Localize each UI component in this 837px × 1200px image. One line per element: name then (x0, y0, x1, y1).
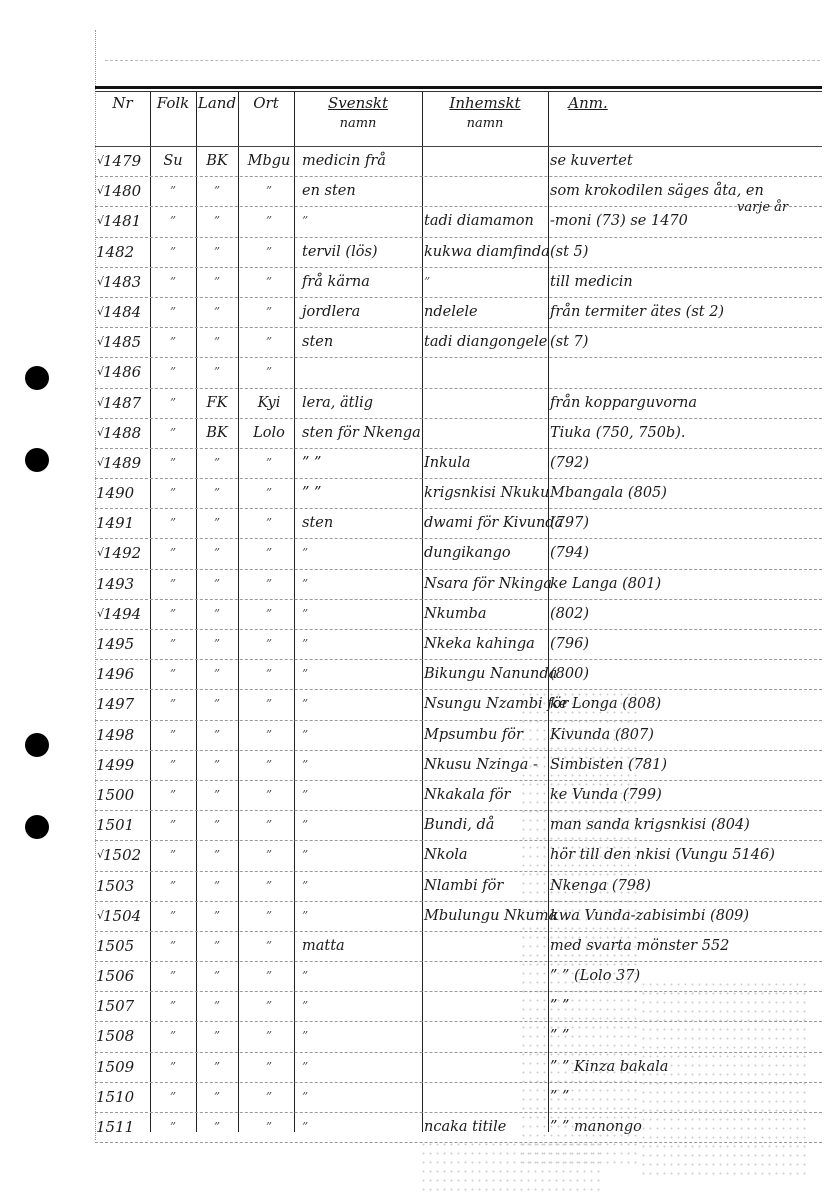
cell-ort: ” (238, 272, 300, 292)
cell-land: ” (196, 906, 238, 926)
cell-anm: från kopparguvorna (550, 393, 697, 413)
cell-ort: ” (238, 936, 300, 956)
cell-folk: Su (150, 151, 196, 171)
cell-anm: se kuvertet (550, 151, 633, 171)
cell-anm: (st 7) (550, 332, 588, 352)
cell-land: ” (196, 483, 238, 503)
cell-ort: ” (238, 785, 300, 805)
cell-folk: ” (150, 755, 196, 775)
cell-svenskt-namn: ” (302, 845, 422, 865)
cell-inhemskt-namn: ” (424, 272, 430, 292)
table-row: √1483 ” ” ” frå kärna ” till medicin (95, 268, 822, 298)
scan-noise (520, 690, 640, 1170)
cell-ort: ” (238, 876, 300, 896)
cell-svenskt-namn: jordlera (302, 302, 422, 322)
binder-hole (25, 366, 49, 390)
cell-land: ” (196, 242, 238, 262)
cell-svenskt-namn: ” (302, 755, 422, 775)
cell-land: ” (196, 362, 238, 382)
cell-inhemskt-namn: Inkula (424, 453, 470, 473)
cell-anm: (797) (550, 513, 589, 533)
cell-land: ” (196, 725, 238, 745)
cell-ort: ” (238, 453, 300, 473)
header-label: Inhemskt (449, 94, 520, 112)
cell-folk: ” (150, 785, 196, 805)
table-row: √1487 ” FK Kyi lera, ätlig från koppargu… (95, 389, 822, 419)
cell-folk: ” (150, 634, 196, 654)
cell-nr: √1502 (97, 845, 149, 865)
cell-ort: ” (238, 725, 300, 745)
cell-folk: ” (150, 725, 196, 745)
cell-inhemskt-namn: ndelele (424, 302, 478, 322)
cell-folk: ” (150, 242, 196, 262)
header-label: Ort (253, 94, 279, 112)
cell-ort: ” (238, 574, 300, 594)
cell-land: ” (196, 453, 238, 473)
cell-inhemskt-namn: krigsnkisi Nkuku (424, 483, 549, 503)
cell-nr: 1491 (97, 513, 149, 533)
cell-folk: ” (150, 453, 196, 473)
column-header-folk: Folk (150, 94, 196, 144)
cell-folk: ” (150, 211, 196, 231)
cell-land: ” (196, 815, 238, 835)
cell-nr: 1482 (97, 242, 149, 262)
cell-inhemskt-namn: Nkumba (424, 604, 487, 624)
cell-svenskt-namn: frå kärna (302, 272, 422, 292)
cell-folk: ” (150, 996, 196, 1016)
cell-inhemskt-namn: Nkola (424, 845, 468, 865)
cell-inhemskt-namn: tadi diamamon (424, 211, 534, 231)
cell-ort: ” (238, 1057, 300, 1077)
cell-land: ” (196, 543, 238, 563)
column-header-anm: Anm. (548, 94, 628, 144)
cell-ort: ” (238, 211, 300, 231)
cell-nr: 1507 (97, 996, 149, 1016)
cell-svenskt-namn: ” (302, 1057, 422, 1077)
cell-land: BK (196, 423, 238, 443)
table-row: √1502 ” ” ” ” Nkola hör till den nkisi (… (95, 841, 822, 871)
annotation-varje-ar: varje år (737, 200, 788, 215)
cell-land: ” (196, 755, 238, 775)
cell-folk: ” (150, 483, 196, 503)
table-row: √1492 ” ” ” ” dungikango (794) (95, 539, 822, 569)
cell-ort: Kyi (238, 393, 300, 413)
cell-svenskt-namn: ” (302, 694, 422, 714)
cell-nr: √1487 (97, 393, 149, 413)
column-header-inhemskt-namn: Inhemskt namn (422, 94, 548, 144)
cell-nr: 1501 (97, 815, 149, 835)
cell-ort: ” (238, 181, 300, 201)
cell-anm: Mbangala (805) (550, 483, 667, 503)
cell-svenskt-namn: ” (302, 996, 422, 1016)
table-row: √1488 ” BK Lolo sten för Nkenga Tiuka (7… (95, 419, 822, 449)
cell-land: ” (196, 876, 238, 896)
header-label: Svenskt (328, 94, 388, 112)
table-row: 1496 ” ” ” ” Bikungu Nanunda (800) (95, 660, 822, 690)
cell-folk: ” (150, 1087, 196, 1107)
cell-land: ” (196, 574, 238, 594)
cell-anm: (st 5) (550, 242, 588, 262)
table-row: √1489 ” ” ” ” ” Inkula (792) (95, 449, 822, 479)
cell-ort: ” (238, 543, 300, 563)
cell-land: ” (196, 1026, 238, 1046)
cell-land: ” (196, 966, 238, 986)
cell-inhemskt-namn: Nsara för Nkinga (424, 574, 552, 594)
cell-nr: √1484 (97, 302, 149, 322)
cell-nr: √1494 (97, 604, 149, 624)
cell-svenskt-namn: ” (302, 604, 422, 624)
cell-svenskt-namn: ” (302, 211, 422, 231)
table-row: √1480 ” ” ” en sten som krokodilen säges… (95, 177, 822, 207)
cell-svenskt-namn: ” (302, 1026, 422, 1046)
cell-svenskt-namn: ” (302, 966, 422, 986)
cell-anm: (802) (550, 604, 589, 624)
cell-folk: ” (150, 906, 196, 926)
cell-folk: ” (150, 1026, 196, 1046)
cell-folk: ” (150, 876, 196, 896)
cell-land: ” (196, 604, 238, 624)
table-row: 1498 ” ” ” ” Mpsumbu för Kivunda (807) (95, 721, 822, 751)
top-dashed-line (105, 60, 820, 61)
cell-land: ” (196, 1117, 238, 1137)
cell-ort: ” (238, 996, 300, 1016)
cell-anm: -moni (73) se 1470 (550, 211, 688, 231)
cell-inhemskt-namn: dwami för Kivunda (424, 513, 563, 533)
cell-inhemskt-namn: ncaka titile (424, 1117, 506, 1137)
cell-folk: ” (150, 181, 196, 201)
cell-nr: √1485 (97, 332, 149, 352)
cell-ort: ” (238, 362, 300, 382)
cell-svenskt-namn: ” (302, 574, 422, 594)
cell-folk: ” (150, 393, 196, 413)
cell-ort: ” (238, 242, 300, 262)
scan-noise (640, 980, 810, 1180)
cell-nr: 1493 (97, 574, 149, 594)
cell-land: ” (196, 664, 238, 684)
cell-ort: ” (238, 634, 300, 654)
cell-svenskt-namn: medicin frå (302, 151, 422, 171)
cell-folk: ” (150, 272, 196, 292)
cell-anm: (794) (550, 543, 589, 563)
cell-svenskt-namn: tervil (lös) (302, 242, 422, 262)
cell-ort: ” (238, 302, 300, 322)
cell-land: ” (196, 211, 238, 231)
cell-ort: ” (238, 604, 300, 624)
table-row: √1479 Su BK Mbgu medicin frå se kuvertet (95, 147, 822, 177)
cell-folk: ” (150, 936, 196, 956)
table-row: √1484 ” ” ” jordlera ndelele från termit… (95, 298, 822, 328)
header-label: Nr (112, 94, 132, 112)
cell-land: FK (196, 393, 238, 413)
cell-nr: 1499 (97, 755, 149, 775)
cell-nr: √1481 (97, 211, 149, 231)
header-label: Anm. (568, 94, 608, 112)
cell-svenskt-namn: ” (302, 785, 422, 805)
cell-inhemskt-namn: kukwa diamfinda (424, 242, 550, 262)
cell-ort: ” (238, 1087, 300, 1107)
cell-svenskt-namn: ” ” (302, 453, 422, 473)
table-row: 1495 ” ” ” ” Nkeka kahinga (796) (95, 630, 822, 660)
cell-land: ” (196, 272, 238, 292)
binder-hole (25, 733, 49, 757)
cell-land: ” (196, 1087, 238, 1107)
cell-folk: ” (150, 845, 196, 865)
cell-anm: till medicin (550, 272, 633, 292)
header-label-line2: namn (294, 116, 422, 131)
binder-hole (25, 448, 49, 472)
table-row: √1485 ” ” ” sten tadi diangongele (st 7) (95, 328, 822, 358)
cell-nr: 1506 (97, 966, 149, 986)
cell-ort: ” (238, 332, 300, 352)
column-header-land: Land (196, 94, 238, 144)
cell-anm: (800) (550, 664, 589, 684)
cell-ort: ” (238, 694, 300, 714)
cell-svenskt-namn: ” (302, 1087, 422, 1107)
cell-inhemskt-namn: Bikungu Nanunda (424, 664, 557, 684)
cell-svenskt-namn: ” (302, 634, 422, 654)
cell-svenskt-namn: matta (302, 936, 422, 956)
cell-folk: ” (150, 513, 196, 533)
cell-land: ” (196, 513, 238, 533)
cell-folk: ” (150, 604, 196, 624)
column-header-nr: Nr (95, 94, 150, 144)
cell-anm: från termiter ätes (st 2) (550, 302, 724, 322)
cell-land: ” (196, 694, 238, 714)
table-row: 1501 ” ” ” ” Bundi, då man sanda krigsnk… (95, 811, 822, 841)
cell-land: ” (196, 936, 238, 956)
cell-nr: √1488 (97, 423, 149, 443)
cell-ort: ” (238, 664, 300, 684)
table-row: √1504 ” ” ” ” Mbulungu Nkuma kwa Vunda-z… (95, 902, 822, 932)
table-row: √1486 ” ” ” (95, 358, 822, 388)
cell-nr: 1503 (97, 876, 149, 896)
cell-ort: ” (238, 815, 300, 835)
cell-svenskt-namn: ” (302, 1117, 422, 1137)
cell-nr: 1510 (97, 1087, 149, 1107)
cell-ort: ” (238, 755, 300, 775)
cell-ort: ” (238, 1117, 300, 1137)
cell-ort: Lolo (238, 423, 300, 443)
cell-land: ” (196, 845, 238, 865)
binder-hole (25, 815, 49, 839)
cell-land: ” (196, 181, 238, 201)
cell-folk: ” (150, 966, 196, 986)
cell-inhemskt-namn: dungikango (424, 543, 511, 563)
cell-folk: ” (150, 1057, 196, 1077)
cell-folk: ” (150, 302, 196, 322)
table-row: 1503 ” ” ” ” Nlambi för Nkenga (798) (95, 872, 822, 902)
cell-inhemskt-namn: Nlambi för (424, 876, 503, 896)
header-label-line2: namn (422, 116, 548, 131)
cell-svenskt-namn: ” ” (302, 483, 422, 503)
cell-nr: 1498 (97, 725, 149, 745)
cell-nr: √1492 (97, 543, 149, 563)
cell-land: ” (196, 302, 238, 322)
table-row: 1493 ” ” ” ” Nsara för Nkinga ke Langa (… (95, 570, 822, 600)
header-label: Folk (157, 94, 190, 112)
cell-anm: (796) (550, 634, 589, 654)
cell-nr: √1504 (97, 906, 149, 926)
cell-svenskt-namn: en sten (302, 181, 422, 201)
cell-land: ” (196, 785, 238, 805)
cell-land: ” (196, 1057, 238, 1077)
table-row: 1497 ” ” ” ” Nsungu Nzambi för ke Longa … (95, 690, 822, 720)
cell-anm: (792) (550, 453, 589, 473)
cell-folk: ” (150, 574, 196, 594)
cell-ort: ” (238, 483, 300, 503)
cell-folk: ” (150, 332, 196, 352)
cell-land: ” (196, 634, 238, 654)
cell-folk: ” (150, 362, 196, 382)
cell-nr: 1505 (97, 936, 149, 956)
cell-ort: ” (238, 966, 300, 986)
cell-ort: ” (238, 906, 300, 926)
cell-svenskt-namn: ” (302, 725, 422, 745)
cell-ort: ” (238, 513, 300, 533)
column-header-ort: Ort (238, 94, 294, 144)
cell-nr: 1511 (97, 1117, 149, 1137)
cell-nr: 1495 (97, 634, 149, 654)
cell-svenskt-namn: ” (302, 543, 422, 563)
cell-folk: ” (150, 1117, 196, 1137)
cell-anm: som krokodilen säges åta, en (550, 181, 764, 201)
cell-ort: ” (238, 845, 300, 865)
cell-svenskt-namn: ” (302, 815, 422, 835)
cell-inhemskt-namn: Nkakala för (424, 785, 510, 805)
table-row: 1482 ” ” ” tervil (lös) kukwa diamfinda … (95, 238, 822, 268)
scan-noise (420, 1140, 600, 1195)
cell-inhemskt-namn: Mpsumbu för (424, 725, 523, 745)
cell-folk: ” (150, 423, 196, 443)
cell-land: ” (196, 332, 238, 352)
cell-nr: 1500 (97, 785, 149, 805)
table-row: 1500 ” ” ” ” Nkakala för ke Vunda (799) (95, 781, 822, 811)
cell-land: ” (196, 996, 238, 1016)
cell-nr: √1479 (97, 151, 149, 171)
cell-folk: ” (150, 664, 196, 684)
header-rule-thin (95, 91, 822, 92)
table-row: 1491 ” ” ” sten dwami för Kivunda (797) (95, 509, 822, 539)
cell-svenskt-namn: ” (302, 664, 422, 684)
cell-svenskt-namn: sten (302, 332, 422, 352)
cell-ort: Mbgu (238, 151, 300, 171)
cell-nr: 1497 (97, 694, 149, 714)
table-row: 1505 ” ” ” matta med svarta mönster 552 (95, 932, 822, 962)
table-row: √1494 ” ” ” ” Nkumba (802) (95, 600, 822, 630)
cell-svenskt-namn: sten (302, 513, 422, 533)
table-row: 1499 ” ” ” ” Nkusu Nzinga - Simbisten (7… (95, 751, 822, 781)
header-rule-thick (95, 86, 822, 89)
column-header-svenskt-namn: Svenskt namn (294, 94, 422, 144)
table-row: 1490 ” ” ” ” ” krigsnkisi Nkuku Mbangala… (95, 479, 822, 509)
cell-land: BK (196, 151, 238, 171)
cell-nr: 1508 (97, 1026, 149, 1046)
header-label: Land (198, 94, 236, 112)
table-row: √1481 ” ” ” ” tadi diamamon -moni (73) s… (95, 207, 822, 237)
cell-anm: ke Langa (801) (550, 574, 661, 594)
cell-folk: ” (150, 543, 196, 563)
cell-nr: √1486 (97, 362, 149, 382)
cell-anm: Tiuka (750, 750b). (550, 423, 685, 443)
cell-svenskt-namn: lera, ätlig (302, 393, 422, 413)
cell-nr: √1480 (97, 181, 149, 201)
cell-inhemskt-namn: Nkeka kahinga (424, 634, 535, 654)
cell-nr: 1490 (97, 483, 149, 503)
cell-inhemskt-namn: Bundi, då (424, 815, 494, 835)
cell-folk: ” (150, 694, 196, 714)
cell-svenskt-namn: ” (302, 906, 422, 926)
cell-ort: ” (238, 1026, 300, 1046)
cell-nr: √1483 (97, 272, 149, 292)
cell-svenskt-namn: ” (302, 876, 422, 896)
cell-inhemskt-namn: tadi diangongele (424, 332, 547, 352)
cell-nr: 1509 (97, 1057, 149, 1077)
cell-svenskt-namn: sten för Nkenga (302, 423, 422, 443)
cell-nr: √1489 (97, 453, 149, 473)
cell-folk: ” (150, 815, 196, 835)
cell-nr: 1496 (97, 664, 149, 684)
